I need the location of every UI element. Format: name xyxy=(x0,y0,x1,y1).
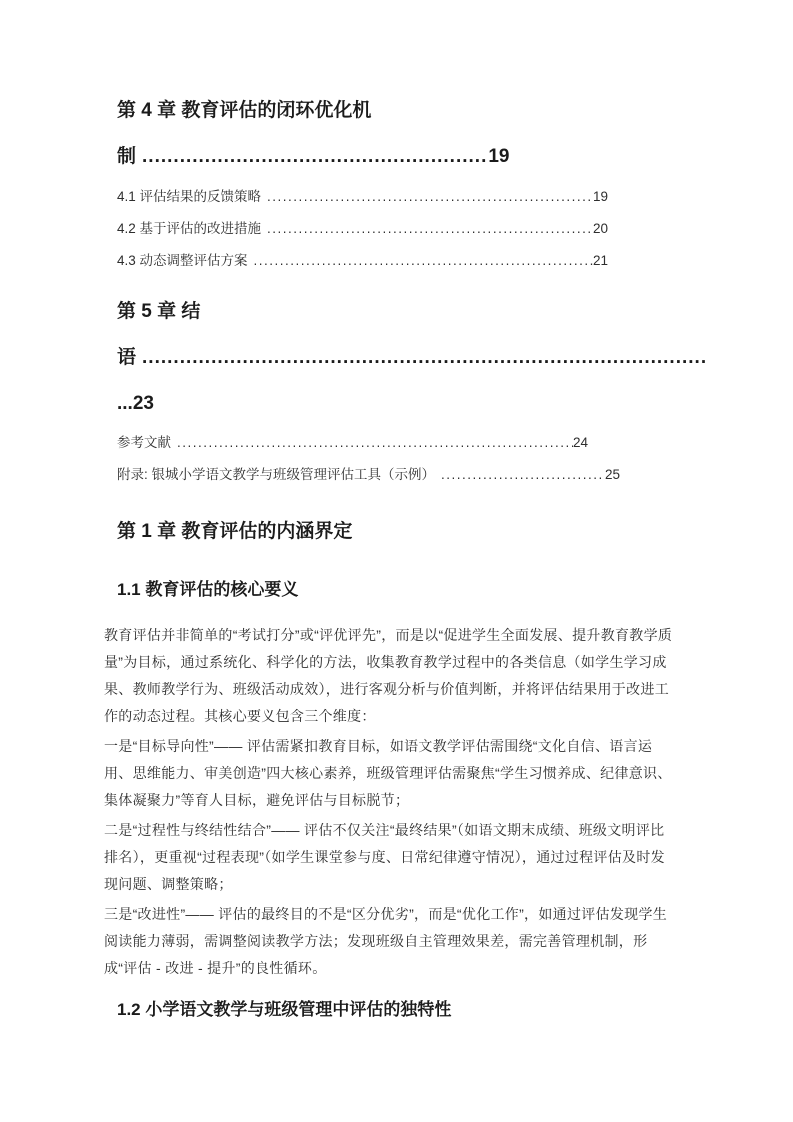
paragraph-goal-orientation: 一是“目标导向性”—— 评估需紧扣教育目标，如语文教学评估需围绕“文化自信、语言… xyxy=(104,733,678,814)
dot-leader: ........................................… xyxy=(142,347,705,368)
page-number: 19 xyxy=(593,181,608,213)
toc-entry-chapter-5[interactable]: 第 5 章 结 语...............................… xyxy=(117,289,793,427)
toc-item-4-1[interactable]: 4.1 评估结果的反馈策略 ..........................… xyxy=(117,181,608,213)
toc-entry-chapter-4[interactable]: 第 4 章 教育评估的闭环优化机 制......................… xyxy=(117,88,793,180)
toc-chapter-4-wrap-line: 制.......................................… xyxy=(117,134,793,180)
toc-item-4-3[interactable]: 4.3 动态调整评估方案 ...........................… xyxy=(117,245,608,277)
toc-chapter-5-title-line: 第 5 章 结 xyxy=(117,289,793,335)
page-number: 20 xyxy=(593,213,608,245)
page-number: 19 xyxy=(488,146,509,167)
section-1-1-heading: 1.1 教育评估的核心要义 xyxy=(117,577,793,603)
toc-item-4-2[interactable]: 4.2 基于评估的改进措施 ..........................… xyxy=(117,213,608,245)
page-content: 第 4 章 教育评估的闭环优化机 制......................… xyxy=(0,0,793,1023)
document-page: 第 4 章 教育评估的闭环优化机 制......................… xyxy=(0,0,793,1122)
toc-chapter-4-title-line: 第 4 章 教育评估的闭环优化机 xyxy=(117,88,793,134)
toc-back-matter: 参考文献 ...................................… xyxy=(117,427,793,491)
toc-item-references[interactable]: 参考文献 ...................................… xyxy=(117,427,588,459)
dot-leader: ........................................… xyxy=(171,427,573,459)
dot-leader: ........................................… xyxy=(248,245,593,277)
page-number: 21 xyxy=(593,245,608,277)
paragraph-process-and-summative: 二是“过程性与终结性结合”—— 评估不仅关注“最终结果”（如语文期末成绩、班级文… xyxy=(104,817,678,898)
toc-item-label: 附录: 银城小学语文教学与班级管理评估工具（示例） xyxy=(117,459,435,491)
toc-chapter-5-page-line: ...23 xyxy=(117,381,793,427)
page-number: 24 xyxy=(573,427,588,459)
dot-leader: ........................................… xyxy=(142,146,487,167)
paragraph-improvement: 三是“改进性”—— 评估的最终目的不是“区分优劣”，而是“优化工作”，如通过评估… xyxy=(104,901,678,982)
toc-item-label: 4.1 评估结果的反馈策略 xyxy=(117,181,261,213)
toc-chapter-5-wrap-line: 语.......................................… xyxy=(117,335,705,381)
chapter-1-heading: 第 1 章 教育评估的内涵界定 xyxy=(117,517,793,547)
toc-item-appendix[interactable]: 附录: 银城小学语文教学与班级管理评估工具（示例） ..............… xyxy=(117,459,620,491)
toc-item-label: 4.2 基于评估的改进措施 xyxy=(117,213,261,245)
dot-leader: ........................................… xyxy=(261,181,593,213)
paragraph-core-definition: 教育评估并非简单的“考试打分”或“评优评先”，而是以“促进学生全面发展、提升教育… xyxy=(104,622,678,730)
section-1-2-heading: 1.2 小学语文教学与班级管理中评估的独特性 xyxy=(117,997,793,1023)
page-number: 25 xyxy=(605,459,620,491)
toc-item-label: 4.3 动态调整评估方案 xyxy=(117,245,248,277)
dot-leader: ........................................… xyxy=(261,213,593,245)
toc-chapter-4-wrap-text: 制 xyxy=(117,146,136,167)
toc-subentries-chapter-4: 4.1 评估结果的反馈策略 ..........................… xyxy=(117,181,793,277)
toc-item-label: 参考文献 xyxy=(117,427,171,459)
toc-chapter-5-wrap-text: 语 xyxy=(117,347,136,368)
dot-leader: ........................................… xyxy=(435,459,605,491)
